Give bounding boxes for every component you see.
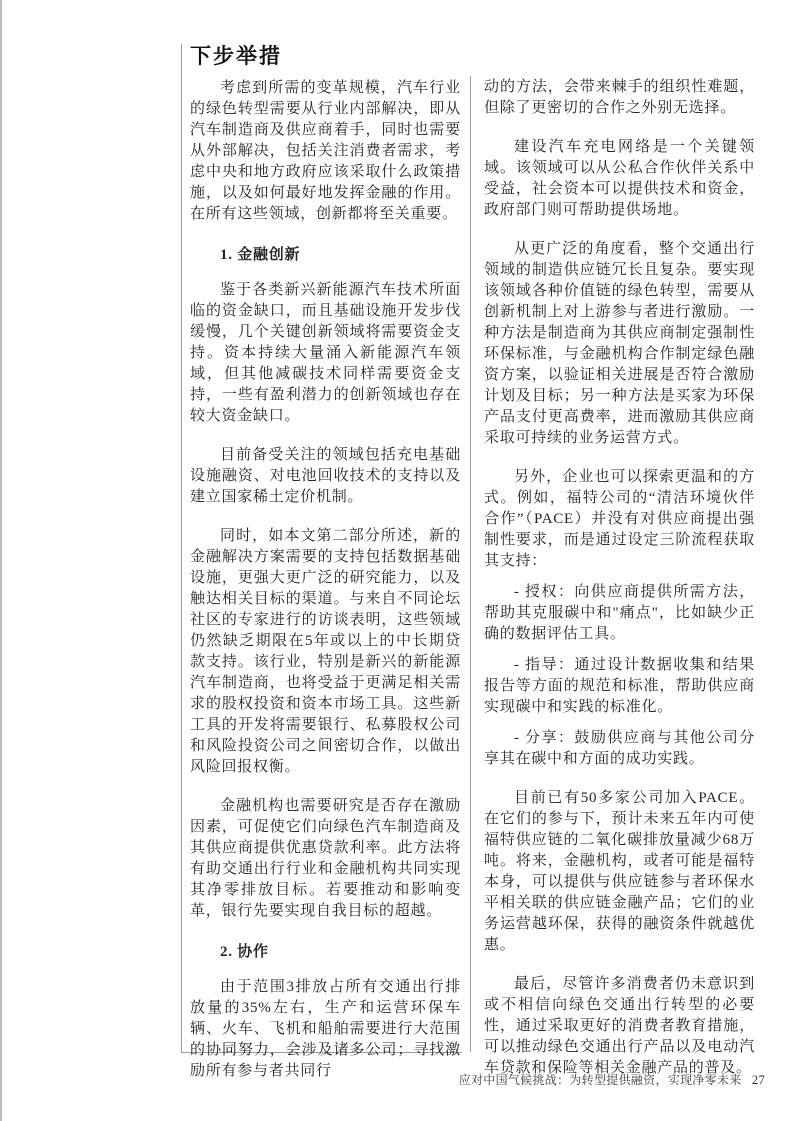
bullet-item-guide: - 指导：通过设计数据收集和结果报告等方面的规范和标准，帮助供应商实现碳中和实践… [484,655,755,718]
paragraph: 考虑到所需的变革规模，汽车行业的绿色转型需要从行业内部解决，即从汽车制造商及供应… [190,78,461,225]
right-column: 动的方法，会带来棘手的组织性难题，但除了更密切的合作之外别无选择。 建设汽车充电… [484,77,755,1079]
paragraph: 最后，尽管许多消费者仍未意识到或不相信向绿色交通出行转型的必要性，通过采取更好的… [484,974,755,1079]
page-footer: 应对中国气候挑战：为转型提供融资，实现净零未来 27 [459,1072,765,1088]
paragraph: 金融机构也需要研究是否存在激励因素，可促使它们向绿色汽车制造商及其供应商提供优惠… [190,796,461,922]
footer-running-title: 应对中国气候挑战：为转型提供融资，实现净零未来 [459,1073,742,1087]
left-column: 下步举措 考虑到所需的变革规模，汽车行业的绿色转型需要从行业内部解决，即从汽车制… [190,44,461,1082]
section-title: 下步举措 [190,44,461,69]
paragraph: 建设汽车充电网络是一个关键领域。该领域可以从公私合作伙伴关系中受益，社会资本可以… [484,137,755,221]
numbered-heading-finance-innovation: 1. 金融创新 [190,245,461,266]
bullet-item-authorize: - 授权：向供应商提供所需方法，帮助其克服碳中和"痛点"，比如缺少正确的数据评估… [484,582,755,645]
paragraph: 鉴于各类新兴新能源汽车技术所面临的资金缺口，而且基础设施开发步伐缓慢，几个关键创… [190,280,461,427]
paragraph: 同时，如本文第二部分所述，新的金融解决方案需要的支持包括数据基础设施，更强大更广… [190,526,461,778]
paragraph-continuation: 动的方法，会带来棘手的组织性难题，但除了更密切的合作之外别无选择。 [484,77,755,119]
paragraph: 由于范围3排放占所有交通出行排放量的35%左右，生产和运营环保车辆、火车、飞机和… [190,977,461,1082]
numbered-heading-collaboration: 2. 协作 [190,942,461,963]
page-left-edge-line [0,0,2,1121]
paragraph: 目前备受关注的领域包括充电基础设施融资、对电池回收技术的支持以及建立国家稀土定价… [190,445,461,508]
column-divider-rule [470,76,471,1052]
document-page: 下步举措 考虑到所需的变革规模，汽车行业的绿色转型需要从行业内部解决，即从汽车制… [0,0,793,1121]
paragraph: 从更广泛的角度看，整个交通出行领域的制造供应链冗长且复杂。要实现该领域各种价值链… [484,239,755,449]
left-column-vertical-rule [181,44,182,1052]
page-number: 27 [752,1073,765,1087]
paragraph: 目前已有50多家公司加入PACE。在它们的参与下，预计未来五年内可使福特供应链的… [484,788,755,956]
paragraph: 另外，企业也可以探索更温和的方式。例如，福特公司的“清洁环境伙伴合作”（PACE… [484,467,755,572]
bullet-item-share: - 分享：鼓励供应商与其他公司分享其在碳中和方面的成功实践。 [484,728,755,770]
